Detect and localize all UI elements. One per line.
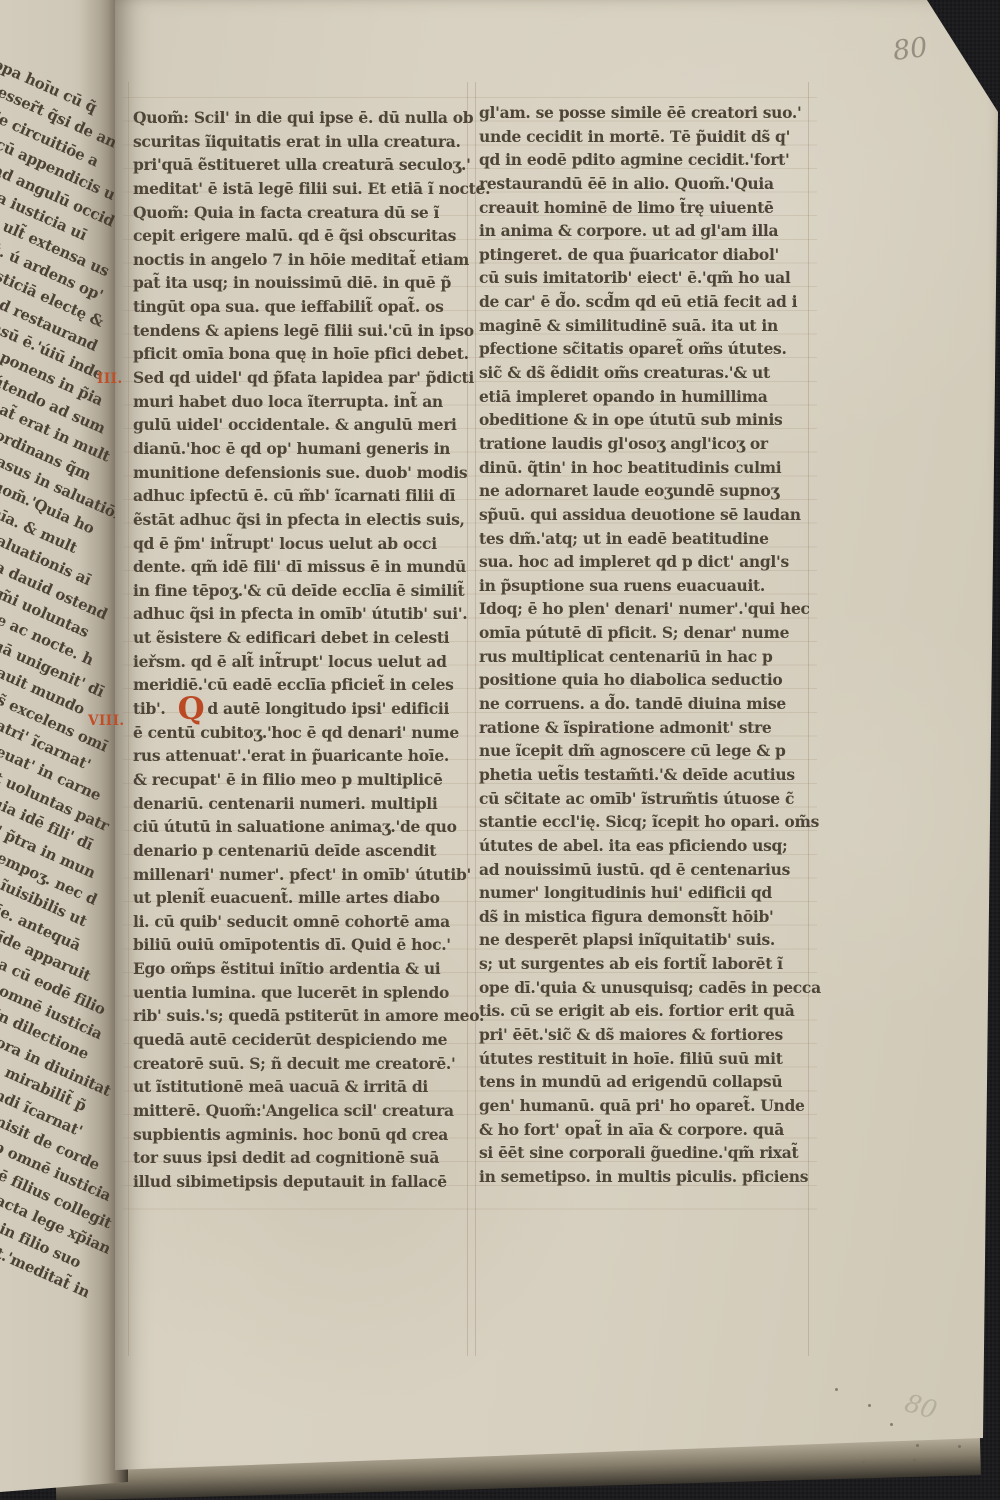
previous-page-text-fragment: ege dm̃i uoluntas: [0, 567, 92, 641]
manuscript-text-line: ne corruens. a d̃o. tandē diuina mise: [479, 692, 817, 716]
manuscript-text-line: tens in mundū ad erigendū collapsū: [479, 1070, 817, 1094]
manuscript-text-line: in semetipso. in multis piculis. pficien…: [479, 1165, 817, 1189]
manuscript-text-line: qd ē p̃m' int̃rupt' locus uelut ab occi: [133, 532, 471, 556]
manuscript-text-line: ds̃ in mistica figura demonst̃t hōib': [479, 905, 817, 929]
manuscript-text-line: scuritas ĩiquitatis erat in ulla creatur…: [133, 130, 471, 154]
manuscript-text-line: tib'. Qd autē longitudo ipsi' edificii: [133, 697, 471, 721]
prick-mark: [868, 1404, 871, 1407]
manuscript-text-line: omīa pútutē dī pficit. S; denar' nume: [479, 621, 817, 645]
manuscript-text-line: ne desperēt plapsi inĩquitatib' suis.: [479, 928, 817, 952]
manuscript-text-line: dinū. q̃tin' in hoc beatitudinis culmi: [479, 456, 817, 480]
ruling-line-vertical: [475, 82, 476, 1356]
previous-page-text-fragment: ā pat̃ in filio suo: [0, 1200, 84, 1271]
previous-page-text-fragment: Ubi.'In dilectione: [0, 989, 92, 1063]
manuscript-text-line: útutes restituit in hoīe. filiū suū mit: [479, 1047, 817, 1071]
previous-page-text-fragment: genit' p̃tra in mun: [0, 804, 98, 881]
manuscript-text-line: ope dī.'quia & unusquisq; cadēs in pecca: [479, 976, 817, 1000]
previous-page-text-fragment: usq; ad angulū occid: [0, 144, 117, 230]
manuscript-text-line: stantie eccl'ię. Sicq; ĩcepit ho opari. …: [479, 810, 817, 834]
manuscript-text-line: phetia uet̃is testam̃ti.'& deīde acutius: [479, 763, 817, 787]
prick-mark: [916, 1444, 919, 1447]
manuscript-text-line: restaurandū ēē in alio. Quom̃.'Quia: [479, 172, 817, 196]
manuscript-text-line: pat̃ ita usq; in nouissimū diē. in quē p…: [133, 271, 471, 295]
ruling-line-vertical: [128, 82, 129, 1356]
text-column-left: Quom̃: Scil' in die qui ipse ē. dū nulla…: [133, 106, 471, 1193]
manuscript-text-line: in p̃suptione sua ruens euacuauit.: [479, 574, 817, 598]
manuscript-text-line: maginē & similitudinē suā. ita ut in: [479, 314, 817, 338]
manuscript-text-line: in anima & corpore. ut ad gl'am illa: [479, 219, 817, 243]
manuscript-text-line: qd in eodē pdito agmine cecidit.'fort': [479, 148, 817, 172]
previous-page-text-fragment: n pat̃. mirabilit̃ p̃: [0, 1042, 89, 1115]
prick-mark: [913, 1459, 916, 1462]
manuscript-text-line: ciū útutū in saluatione animaʒ.'de quo: [133, 815, 471, 839]
manuscript-text-line: útutes de abel. ita eas pficiendo usq;: [479, 834, 817, 858]
manuscript-text-line: li. cū quib' seducit omnē cohortē ama: [133, 910, 471, 934]
manuscript-text-line: rus attenuat'.'erat in p̃uaricante hoīe.: [133, 744, 471, 768]
manuscript-text-line: unde cecidit in mortē. Tē p̃uidit ds̃ q': [479, 125, 817, 149]
manuscript-text-line: ad nouissimū iustū. qd ē centenarius: [479, 858, 817, 882]
manuscript-text-line: tratione laudis gl'osoʒ angl'icoʒ or: [479, 432, 817, 456]
previous-page-text-fragment: tē sup omnē iusticia: [0, 1121, 114, 1205]
manuscript-text-line: sua. hoc ad impleret qd p dict' angl's: [479, 550, 817, 574]
previous-page-text-fragment: e pat̃ omnē iusticia: [0, 963, 105, 1043]
manuscript-text-line: noctis in angelo 7 in hōie meditat̃ etia…: [133, 248, 471, 272]
manuscript-text-line: adhuc q̃si in pfecta in omīb' útutib' su…: [133, 602, 471, 626]
previous-page-edge: ecta opa hoīu cū q̃st̃. pcesser̃t q̃si d…: [0, 0, 128, 1500]
previous-page-text-fragment: s ē eleuat' in carne: [0, 725, 104, 805]
prick-mark: [958, 1445, 961, 1448]
previous-page-text-fragment: st̃. pcesser̃t q̃si de an: [0, 65, 120, 152]
manuscript-text-line: & recupat' ē in filio meo p multiplicē: [133, 768, 471, 792]
manuscript-text-line: illud sibimetipsis deputauit in fallacē: [133, 1170, 471, 1194]
previous-page-text-fragment: ūm' pat̃ erat in mult: [0, 382, 113, 466]
previous-page-text-fragment: id ē de circuitiōe a: [0, 92, 101, 171]
previous-page-text-fragment: pat̃.'facta lege xp̃ian: [0, 1174, 113, 1258]
previous-page-text-fragment: iois casus in saluatiōi: [0, 435, 123, 523]
manuscript-text-line: ne adornaret laude eoʒundē supnoʒ: [479, 479, 817, 503]
previous-page-text-fragment: cię quā unigenit' dī: [0, 620, 107, 701]
manuscript-text-line: gl'am. se posse simile ēē creatori suo.': [479, 101, 817, 125]
manuscript-text-line: in fine tēpoʒ.'& cū deīde ecclīa ē simil…: [133, 579, 471, 603]
previous-page-text-fragment: bit̃ die ac nocte. h: [0, 593, 96, 669]
manuscript-text-line: ieřsm. qd ē alt̃ int̃rupt' locus uelut a…: [133, 650, 471, 674]
manuscript-text-line: s; ut surgentes ab eis fortit̃ laborēt ĩ: [479, 952, 817, 976]
manuscript-text-line: creauit hominē de limo t̃rę uiuentē: [479, 196, 817, 220]
manuscript-text-line: meditat' ē istā legē filii sui. Et etiā …: [133, 177, 471, 201]
manuscript-text-line: ẽstāt adhuc q̃si in pfecta in electis su…: [133, 508, 471, 532]
previous-page-text-fragment: cie idē filius collegit: [0, 1148, 114, 1232]
previous-page-text-fragment: e mundi ĩcarnat': [0, 1068, 85, 1139]
manuscript-text-line: pri'quā ẽstitueret ulla creaturā seculoʒ…: [133, 153, 471, 177]
manuscript-text-line: uentia lumina. que lucerēt in splendo: [133, 981, 471, 1005]
prick-mark: [862, 1461, 865, 1464]
previous-page-text-fragment: m̃.'Quia idē fili' dī: [0, 778, 96, 854]
manuscript-text-line: nue ĩcepit dm̃ agnoscere cū lege & p: [479, 739, 817, 763]
manuscript-text-line: creatorē suū. S; ñ decuit me creatorē.': [133, 1052, 471, 1076]
previous-page-text-fragment: i in mīa. & mult: [0, 488, 80, 557]
manuscript-photograph: ecta opa hoīu cū q̃st̃. pcesser̃t q̃si d…: [0, 0, 1000, 1500]
previous-page-text-fragment: accensū ē.'úiū inde: [0, 303, 106, 384]
previous-page-text-fragment: spicua iusticia uī: [0, 171, 90, 244]
manuscript-text-line: ratione & ĩspiratione admonit' stre: [479, 716, 817, 740]
manuscript-text-line: sic̃ & ds̃ ẽdidit om̃s creaturas.'& ut: [479, 361, 817, 385]
manuscript-text-line: adhuc ipfectū ē. cū m̃b' ĩcarnati filii …: [133, 484, 471, 508]
manuscript-text-line: etiā impleret opando in humillima: [479, 385, 817, 409]
manuscript-text-line: Quom̃: Quia in facta creatura dū se ĩ: [133, 201, 471, 225]
manuscript-text-line: cū sc̃itate ac omīb' ĩstrum̃tis útuose c…: [479, 787, 817, 811]
manuscript-text-line: mitterē. Quom̃:'Angelica scil' creatura: [133, 1099, 471, 1123]
manuscript-text-line: cū suis imitatorib' eiect' ē.'qm̃ ho ual: [479, 266, 817, 290]
manuscript-text-line: sp̃uū. qui assidua deuotione sē laudan: [479, 503, 817, 527]
manuscript-text-line: ut plenit̃ euacuent̃. mille artes diabo: [133, 886, 471, 910]
manuscript-text-line: & ho fort' opat̃ in aīa & corpore. quā: [479, 1118, 817, 1142]
manuscript-text-line: tis. cū se erigit ab eis. fortior erit q…: [479, 999, 817, 1023]
manuscript-text-line: tingūt opa sua. que ieffabilit̃ opat̃. o…: [133, 295, 471, 319]
manuscript-text-line: biliū ouiū omīpotentis dī. Quid ē hoc.': [133, 933, 471, 957]
previous-page-text-fragment: dianū. ú ardens op': [0, 224, 106, 305]
previous-page-text-fragment: tempora in diuinitat: [0, 1016, 114, 1100]
manuscript-text-line: rus multiplicat centenariū in hac p: [479, 645, 817, 669]
previous-page-text-fragment: onstrauit mundo: [0, 646, 88, 719]
previous-page-text-fragment: n pat̃ ĩuisibilis ut: [0, 857, 90, 930]
manuscript-text-line: cepit erigere malū. qd ē q̃si obscuritas: [133, 224, 471, 248]
manuscript-text-line: tendens & apiens legē filii sui.'cū in i…: [133, 319, 471, 343]
previous-page-text-fragment: uū. Ita cū eodē filio: [0, 936, 108, 1018]
manuscript-text-line: dianū.'hoc ē qd op' humani generis in: [133, 437, 471, 461]
previous-page-text-fragment: abīde ult̃ extensa us: [0, 197, 112, 280]
manuscript-text-line: Idoq; ē ho plen' denari' numer'.'qui hec: [479, 597, 817, 621]
manuscript-text-line: positione quia ho diabolica seductio: [479, 668, 817, 692]
manuscript-text-line: pri' ēēt.'sic̃ & ds̃ maiores & fortiores: [479, 1023, 817, 1047]
manuscript-page: 80 80 Quom̃: Scil' in die qui ipse ē. dū…: [115, 0, 1000, 1478]
manuscript-text-line: numer' longitudinis hui' edificii qd: [479, 881, 817, 905]
previous-page-text-fragment: uoluit.'meditat̃ in: [0, 1227, 93, 1302]
previous-page-text-fragment: ū dī ad restaurand: [0, 276, 100, 354]
folio-number-pencil-top: 80: [891, 32, 929, 67]
manuscript-text-line: Sed qd uidel' qd p̃fata lapidea par' p̃d…: [133, 366, 471, 390]
previous-page-text-fragment: nū q; ponens in p̃ia: [0, 329, 106, 410]
folio-number-pencil-bottom: 80: [902, 1388, 941, 1425]
manuscript-text-line: ut ẽsistere & edificari debet in celesti: [133, 626, 471, 650]
previous-page-text-fragment: lis deīde apparuit: [0, 910, 93, 985]
manuscript-text-line: denario p centenariū deīde ascendit: [133, 839, 471, 863]
manuscript-text-line: gulū uidel' occidentale. & angulū meri: [133, 413, 471, 437]
manuscript-text-line: muri habet duo loca ĩterrupta. int̃ an: [133, 390, 471, 414]
previous-page-text-fragment: ecta opa hoīu cū q̃: [0, 39, 99, 117]
manuscript-text-line: dente. qm̃ idē fili' dī missus ē in mund…: [133, 555, 471, 579]
previous-page-text-fragment: onē saluationis aī: [0, 514, 94, 589]
manuscript-text-line: rib' suis.'s; quedā pstiterūt in amore m…: [133, 1004, 471, 1028]
manuscript-text-line: si ēēt sine corporali g̃uedine.'qm̃ rixa…: [479, 1141, 817, 1165]
previous-page-text-fragment: m̃. Quom̃.'Quia ho: [0, 461, 97, 538]
prick-mark: [890, 1423, 893, 1426]
margin-rubric-chapter-viii: VIII.: [88, 713, 125, 729]
manuscript-text-line: supbientis agminis. hoc bonū qd crea: [133, 1123, 471, 1147]
previous-page-text-fragment: fili' patri' ĩcarnat': [0, 699, 94, 774]
manuscript-text-line: quedā autē ceciderūt despiciendo me: [133, 1028, 471, 1052]
prick-mark: [835, 1388, 838, 1391]
margin-rubric-chapter-iii: III.: [97, 371, 123, 387]
previous-page-text-fragment: ā.'fuit uoluntas patr: [0, 752, 112, 835]
manuscript-text-line: munitione defensionis sue. duob' modis: [133, 461, 471, 485]
manuscript-text-line: pfectione sc̃itatis oparet̃ om̃s útutes.: [479, 337, 817, 361]
previous-page-text-fragment: lmista dauid ostend: [0, 540, 110, 623]
manuscript-text-line: gen' humanū. quā pri' ho oparet̃. Unde: [479, 1094, 817, 1118]
rubric-initial-q: Q: [178, 691, 205, 727]
manuscript-text-line: pficit omīa bona quę in hoīe pfici debet…: [133, 342, 471, 366]
manuscript-text-line: denariū. centenarii numeri. multipli: [133, 792, 471, 816]
previous-page-text-fragment: si. & cū appendicis u: [0, 118, 118, 204]
previous-page-text-fragment: ta reútendo ad sum: [0, 356, 108, 438]
manuscript-text-line: Ego om̃ps ẽstitui inĩtio ardentia & ui: [133, 957, 471, 981]
manuscript-text-line: de car' ē d̃o. scd̃m qd eū etiā fecit ad…: [479, 290, 817, 314]
previous-page-text-fragment: ndū misit de corde: [0, 1095, 102, 1174]
previous-page-text-fragment: uā iusticiā electę &: [0, 250, 106, 331]
previous-page-text-fragment: in hoīe. antequā: [0, 884, 84, 955]
manuscript-text-line: tor suus ipsi dedit ad cognitionē suā: [133, 1146, 471, 1170]
previous-page-text-fragment: ticiā ordinans q̃m: [0, 408, 94, 483]
manuscript-text-line: millenari' numer'. pfect' in omīb' útuti…: [133, 863, 471, 887]
manuscript-text-line: Quom̃: Scil' in die qui ipse ē. dū nulla…: [133, 106, 471, 130]
manuscript-text-line: obeditione & in ope útutū sub minis: [479, 408, 817, 432]
text-column-right: gl'am. se posse simile ēē creatori suo.'…: [479, 101, 817, 1188]
previous-page-text-fragment: fine tempoʒ. nec d: [0, 831, 100, 909]
manuscript-text-line: ut ĩstitutionē meā uacuā & irritā di: [133, 1075, 471, 1099]
manuscript-text-line: ptingeret. de qua p̃uaricator diabol': [479, 243, 817, 267]
manuscript-text-line: tes dm̃.'atq; ut in eadē beatitudine: [479, 527, 817, 551]
